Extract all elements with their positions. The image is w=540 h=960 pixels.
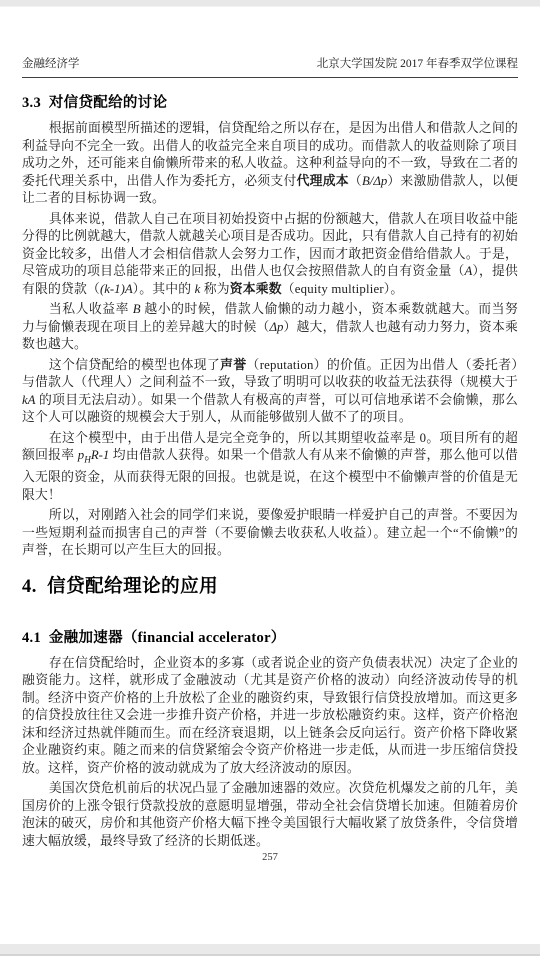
page-body: 金融经济学 北京大学国发院 2017 年春季双学位课程 3.3 对信贷配给的讨论… xyxy=(0,7,540,850)
math-expression: Δp xyxy=(270,320,284,334)
body-paragraph: 具体来说，借款人自己在项目初始投资中占据的份额越大，借款人在项目收益中能分得的比… xyxy=(22,211,518,299)
running-header: 金融经济学 北京大学国发院 2017 年春季双学位课程 xyxy=(22,55,518,78)
page-gap-bottom xyxy=(0,944,540,956)
math-expression: R-1 xyxy=(91,448,109,462)
text-run: 具体来说，借款人自己在项目初始投资中占据的份额越大，借款人在项目收益中能分得的比… xyxy=(22,212,518,279)
text-run: 的项目无法启动）。如果一个借款人有极高的声誉，可以可信地承诺不会偷懒，那么这个人… xyxy=(22,393,518,425)
page-footer: 257 xyxy=(0,852,540,863)
text-run: 美国次贷危机前后的状况凸显了金融加速器的效应。次贷危机爆发之前的几年，美国房价的… xyxy=(22,781,518,848)
text-run: 存在信贷配给时，企业资本的多寡（或者说企业的资产负债表状况）决定了企业的融资能力… xyxy=(22,656,518,775)
body-paragraph: 美国次贷危机前后的状况凸显了金融加速器的效应。次贷危机爆发之前的几年，美国房价的… xyxy=(22,780,518,850)
text-run: 这个信贷配给的模型也体现了 xyxy=(49,358,220,372)
body-paragraph: 这个信贷配给的模型也体现了声誉（reputation）的价值。正因为出借人（委托… xyxy=(22,357,518,427)
math-expression: kA xyxy=(22,393,36,407)
text-run: 当私人收益率 xyxy=(49,302,133,316)
pdf-viewport: 金融经济学 北京大学国发院 2017 年春季双学位课程 3.3 对信贷配给的讨论… xyxy=(0,0,540,960)
math-expression: B/Δp xyxy=(362,174,387,188)
bold-term: 声誉 xyxy=(220,358,246,372)
header-institution: 北京大学国发院 2017 年春季双学位课程 xyxy=(317,55,518,71)
text-run: ）。其中的 xyxy=(133,282,195,296)
math-expression: H xyxy=(84,455,91,465)
text-run: （ xyxy=(349,174,362,188)
body-paragraph: 存在信贷配给时，企业资本的多寡（或者说企业的资产负债表状况）决定了企业的融资能力… xyxy=(22,655,518,778)
header-course-title: 金融经济学 xyxy=(22,55,80,71)
document-content: 3.3 对信贷配给的讨论根据前面模型所描述的逻辑，信贷配给之所以存在，是因为出借… xyxy=(22,91,518,850)
text-run: 所以，对刚踏入社会的同学们来说，要像爱护眼睛一样爱护自己的声誉。不要因为一些短期… xyxy=(22,508,518,557)
text-run: （equity multiplier）。 xyxy=(282,282,404,296)
page-gap-top xyxy=(0,0,540,7)
bold-term: 资本乘数 xyxy=(230,282,282,296)
bold-term: 代理成本 xyxy=(297,174,349,188)
body-paragraph: 所以，对刚踏入社会的同学们来说，要像爱护眼睛一样爱护自己的声誉。不要因为一些短期… xyxy=(22,507,518,560)
subsection-heading: 3.3 对信贷配给的讨论 xyxy=(22,91,518,112)
math-expression: (k-1)A xyxy=(100,282,133,296)
subsection-heading: 4.1 金融加速器（financial accelerator） xyxy=(22,626,518,647)
document-page: 金融经济学 北京大学国发院 2017 年春季双学位课程 3.3 对信贷配给的讨论… xyxy=(0,7,540,944)
page-number: 257 xyxy=(262,852,278,863)
body-paragraph: 当私人收益率 B 越小的时候，借款人偷懒的动力越小，资本乘数就越大。而当努力与偷… xyxy=(22,301,518,354)
body-paragraph: 在这个模型中，由于出借人是完全竞争的，所以其期望收益率是 0。项目所有的超额回报… xyxy=(22,430,518,505)
math-expression: B xyxy=(133,302,141,316)
section-heading: 4. 信贷配给理论的应用 xyxy=(22,572,518,598)
body-paragraph: 根据前面模型所描述的逻辑，信贷配给之所以存在，是因为出借人和借款人之间的利益导向… xyxy=(22,120,518,208)
text-run: 称为 xyxy=(200,282,229,296)
